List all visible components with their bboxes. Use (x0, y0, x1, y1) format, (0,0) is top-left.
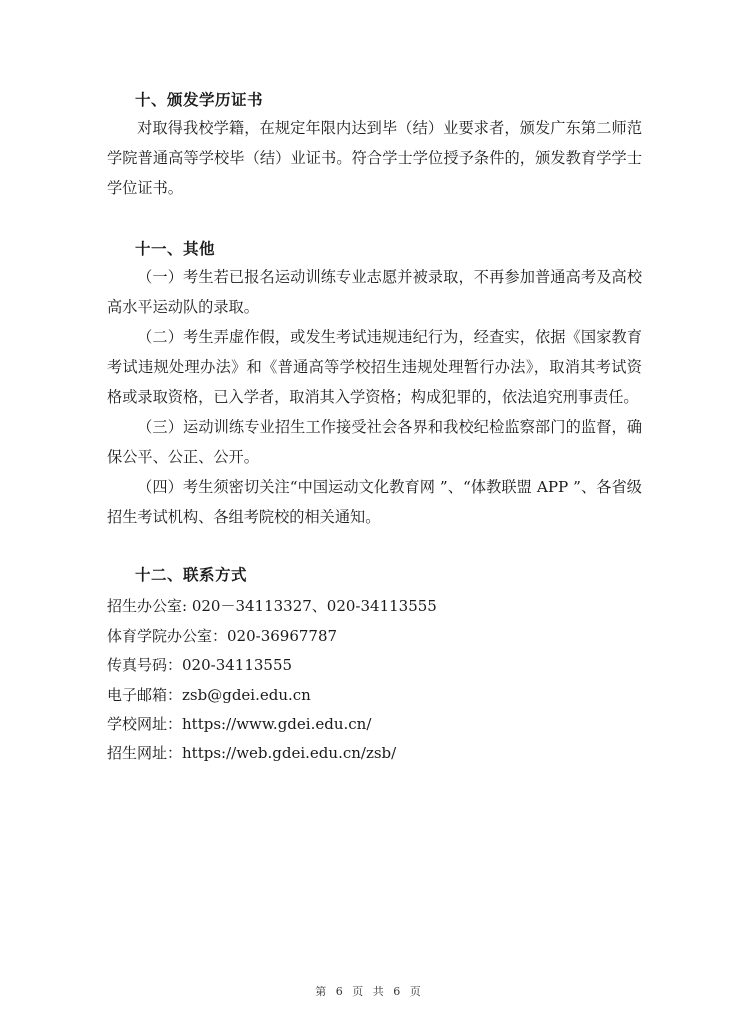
school-website-link[interactable]: https://www.gdei.edu.cn/ (182, 715, 371, 733)
section-heading-other: 十一、其他 (135, 237, 215, 259)
paragraph-other-4: （四）考生须密切关注“中国运动文化教育网 ”、“体教联盟 APP ”、各省级招生… (107, 472, 642, 532)
contact-admissions-office: 招生办公室: 020－34113327、020-34113555 (107, 595, 437, 616)
paragraph-certificates: 对取得我校学籍，在规定年限内达到毕（结）业要求者，颁发广东第二师范学院普通高等学… (107, 113, 642, 203)
contact-fax: 传真号码：020-34113555 (107, 654, 292, 675)
admissions-website-link[interactable]: https://web.gdei.edu.cn/zsb/ (182, 744, 396, 762)
contact-school-website: 学校网址：https://www.gdei.edu.cn/ (107, 713, 371, 734)
page-number-footer: 第 6 页 共 6 页 (0, 983, 739, 999)
paragraph-other-1: （一）考生若已报名运动训练专业志愿并被录取，不再参加普通高考及高校高水平运动队的… (107, 262, 642, 322)
section-heading-certificates: 十、颁发学历证书 (135, 88, 263, 110)
section-heading-contact: 十二、联系方式 (135, 563, 247, 585)
contact-email: 电子邮箱：zsb@gdei.edu.cn (107, 684, 311, 705)
email-link[interactable]: zsb@gdei.edu.cn (182, 686, 311, 704)
paragraph-other-2: （二）考生弄虚作假，或发生考试违规违纪行为，经查实，依据《国家教育考试违规处理办… (107, 322, 642, 412)
paragraph-other-3: （三）运动训练专业招生工作接受社会各界和我校纪检监察部门的监督，确保公平、公正、… (107, 412, 642, 472)
contact-admissions-website: 招生网址：https://web.gdei.edu.cn/zsb/ (107, 742, 396, 763)
contact-sports-college-office: 体育学院办公室：020-36967787 (107, 625, 337, 646)
